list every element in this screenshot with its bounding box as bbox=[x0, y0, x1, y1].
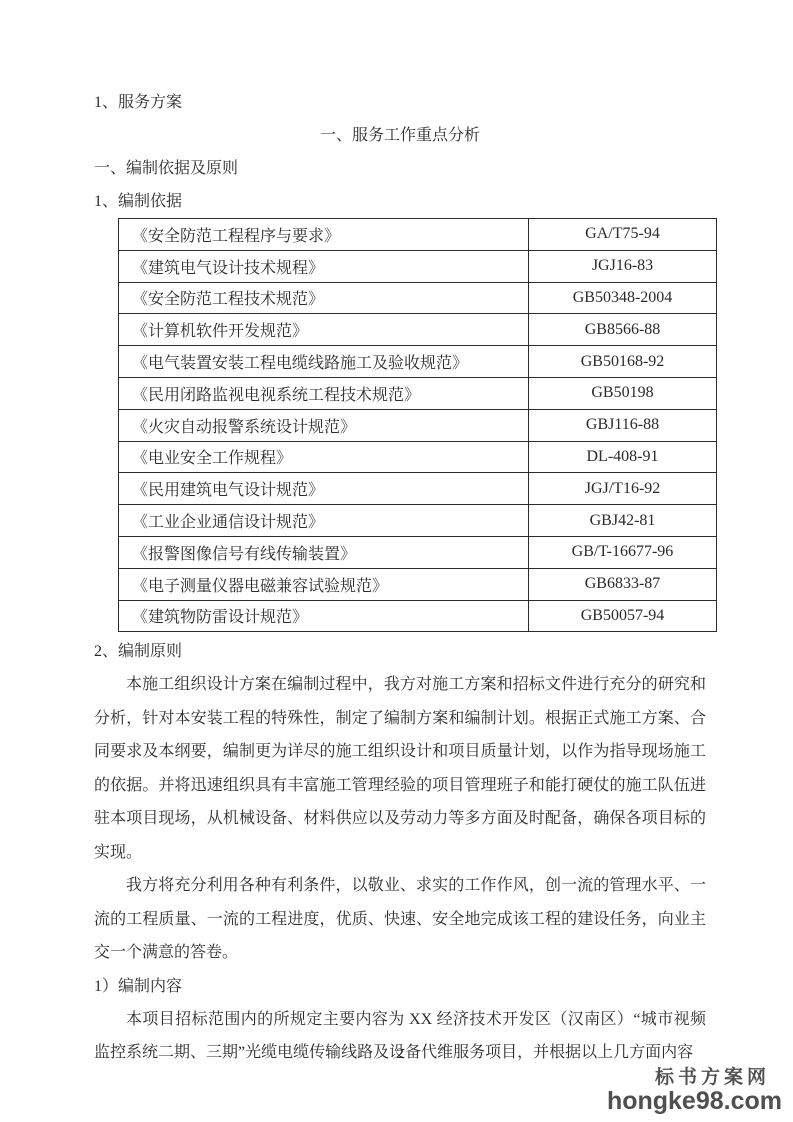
standard-name-cell: 《安全防范工程技术规范》 bbox=[119, 282, 529, 314]
watermark: 标书方案网 hongke98.com bbox=[607, 1067, 782, 1114]
standards-table-row: 《民用建筑电气设计规范》 JGJ/T16-92 bbox=[119, 473, 717, 505]
standards-table-row: 《安全防范工程程序与要求》 GA/T75-94 bbox=[119, 219, 717, 251]
section-heading: 一、编制依据及原则 bbox=[94, 152, 706, 185]
page-number: 2 bbox=[94, 1046, 706, 1063]
watermark-site-name: 标书方案网 bbox=[607, 1067, 770, 1088]
standard-name-cell: 《电业安全工作规程》 bbox=[119, 441, 529, 473]
standards-table-row: 《安全防范工程技术规范》 GB50348-2004 bbox=[119, 282, 717, 314]
document-page: 1、服务方案 一、服务工作重点分析 一、编制依据及原则 1、编制依据 《安全防范… bbox=[0, 0, 793, 1122]
subsection-heading-principles: 2、编制原则 bbox=[94, 635, 706, 668]
centered-section-title: 一、服务工作重点分析 bbox=[94, 119, 706, 152]
standard-code-cell: GB/T-16677-96 bbox=[529, 536, 717, 568]
standard-name-cell: 《计算机软件开发规范》 bbox=[119, 314, 529, 346]
standard-name-cell: 《工业企业通信设计规范》 bbox=[119, 505, 529, 537]
standard-name-cell: 《电气装置安装工程电缆线路施工及验收规范》 bbox=[119, 346, 529, 378]
standard-name-cell: 《电子测量仪器电磁兼容试验规范》 bbox=[119, 568, 529, 600]
standard-code-cell: JGJ16-83 bbox=[529, 250, 717, 282]
standard-code-cell: GBJ42-81 bbox=[529, 505, 717, 537]
list-heading-content: 1）编制内容 bbox=[94, 970, 706, 1003]
subsection-heading-basis: 1、编制依据 bbox=[94, 185, 706, 218]
standards-table-row: 《电气装置安装工程电缆线路施工及验收规范》 GB50168-92 bbox=[119, 346, 717, 378]
chapter-heading: 1、服务方案 bbox=[94, 86, 706, 119]
standard-code-cell: GBJ116-88 bbox=[529, 409, 717, 441]
standard-code-cell: GB50168-92 bbox=[529, 346, 717, 378]
standards-table-row: 《民用闭路监视电视系统工程技术规范》 GB50198 bbox=[119, 377, 717, 409]
paragraph-commitment: 我方将充分利用各种有利条件，以敬业、求实的工作作风，创一流的管理水平、一流的工程… bbox=[94, 869, 706, 970]
standard-name-cell: 《安全防范工程程序与要求》 bbox=[119, 219, 529, 251]
standard-code-cell: GB6833-87 bbox=[529, 568, 717, 600]
standard-name-cell: 《报警图像信号有线传输装置》 bbox=[119, 536, 529, 568]
standard-name-cell: 《民用闭路监视电视系统工程技术规范》 bbox=[119, 377, 529, 409]
standard-name-cell: 《建筑物防雷设计规范》 bbox=[119, 600, 529, 632]
standard-name-cell: 《火灾自动报警系统设计规范》 bbox=[119, 409, 529, 441]
standards-table-row: 《报警图像信号有线传输装置》 GB/T-16677-96 bbox=[119, 536, 717, 568]
watermark-site-url: hongke98.com bbox=[607, 1088, 782, 1114]
standards-table: 《安全防范工程程序与要求》 GA/T75-94 《建筑电气设计技术规程》 JGJ… bbox=[118, 218, 717, 632]
standards-table-row: 《电业安全工作规程》 DL-408-91 bbox=[119, 441, 717, 473]
standards-table-row: 《建筑物防雷设计规范》 GB50057-94 bbox=[119, 600, 717, 632]
standard-name-cell: 《建筑电气设计技术规程》 bbox=[119, 250, 529, 282]
document-content: 1、服务方案 一、服务工作重点分析 一、编制依据及原则 1、编制依据 《安全防范… bbox=[94, 86, 706, 1070]
standard-code-cell: GB8566-88 bbox=[529, 314, 717, 346]
standard-code-cell: GB50198 bbox=[529, 377, 717, 409]
standard-code-cell: GB50057-94 bbox=[529, 600, 717, 632]
standard-code-cell: JGJ/T16-92 bbox=[529, 473, 717, 505]
paragraph-compilation-principles: 本施工组织设计方案在编制过程中，我方对施工方案和招标文件进行充分的研究和分析，针… bbox=[94, 668, 706, 869]
standard-name-cell: 《民用建筑电气设计规范》 bbox=[119, 473, 529, 505]
standard-code-cell: DL-408-91 bbox=[529, 441, 717, 473]
standards-table-row: 《电子测量仪器电磁兼容试验规范》 GB6833-87 bbox=[119, 568, 717, 600]
standard-code-cell: GA/T75-94 bbox=[529, 219, 717, 251]
standard-code-cell: GB50348-2004 bbox=[529, 282, 717, 314]
standards-table-row: 《工业企业通信设计规范》 GBJ42-81 bbox=[119, 505, 717, 537]
standards-table-row: 《建筑电气设计技术规程》 JGJ16-83 bbox=[119, 250, 717, 282]
standards-table-row: 《火灾自动报警系统设计规范》 GBJ116-88 bbox=[119, 409, 717, 441]
standards-table-row: 《计算机软件开发规范》 GB8566-88 bbox=[119, 314, 717, 346]
